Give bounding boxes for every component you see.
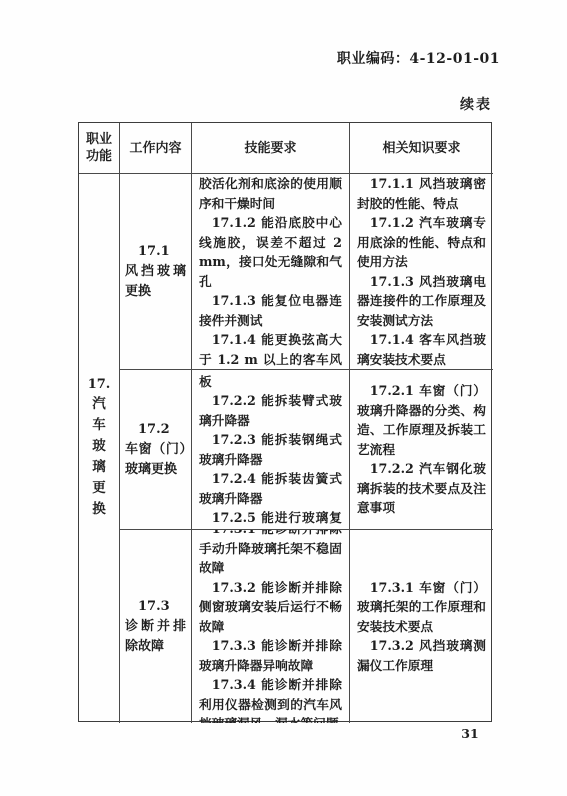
knowledge-item: 17.2.1 车窗（门）玻璃升降器的分类、构造、工作原理及拆装工艺流程 xyxy=(357,381,486,459)
skill-item: 17.1.1 能掌握聚氨酯胶活化剂和底涂的使用顺序和干燥时间 xyxy=(199,173,342,213)
skill-item: 17.3.2 能诊断并排除侧窗玻璃安装后运行不畅故障 xyxy=(199,578,342,637)
header-skill-requirements: 技能要求 xyxy=(191,123,349,173)
skill-item: 17.2.3 能拆装钢绳式玻璃升降器 xyxy=(199,430,342,469)
occupation-code: 职业编码：4-12-01-01 xyxy=(0,48,500,68)
knowledge-cell-17-1: 17.1.1 风挡玻璃密封胶的性能、特点 17.1.2 汽车玻璃专用底涂的性能、… xyxy=(349,173,493,369)
knowledge-cell-17-3: 17.3.1 车窗（门）玻璃托架的工作原理和安装技术要点 17.3.2 风挡玻璃… xyxy=(349,529,493,723)
work-content-cell-17-3: 17.3 诊断并排除故障 xyxy=(119,529,191,723)
work-content-17-1: 17.1 风挡玻璃更换 xyxy=(125,242,186,302)
skill-item: 17.2.5 能进行玻璃复位 xyxy=(199,508,342,529)
knowledge-item: 17.3.2 风挡玻璃测漏仪工作原理 xyxy=(357,636,486,675)
skill-item: 17.2.4 能拆装齿簧式玻璃升降器 xyxy=(199,469,342,508)
work-content-cell-17-1: 17.1 风挡玻璃更换 xyxy=(119,173,191,369)
requirements-table: 职业功能 工作内容 技能要求 相关知识要求 17. 汽车玻璃更换 17.1 风挡… xyxy=(78,122,492,722)
knowledge-item: 17.2.2 汽车钢化玻璃拆装的技术要点及注意事项 xyxy=(357,459,486,518)
skill-item: 17.3.1 能诊断并排除手动升降玻璃托架不稳固故障 xyxy=(199,529,342,578)
continued-table-label: 续表 xyxy=(0,94,492,114)
skill-item: 17.3.3 能诊断并排除玻璃升降器异响故障 xyxy=(199,636,342,675)
knowledge-item: 17.3.1 车窗（门）玻璃托架的工作原理和安装技术要点 xyxy=(357,578,486,637)
skill-item: 17.2.1 能拆装车门护板 xyxy=(199,369,342,391)
header-work-content: 工作内容 xyxy=(119,123,191,173)
work-content-cell-17-2: 17.2 车窗（门）玻璃更换 xyxy=(119,369,191,529)
skill-item: 17.2.2 能拆装臂式玻璃升降器 xyxy=(199,391,342,430)
knowledge-item: 17.1.4 客车风挡玻璃安装技术要点 xyxy=(357,330,486,369)
skill-item: 17.1.2 能沿底胶中心线施胶，误差不超过 2 mm，接口处无缝隙和气孔 xyxy=(199,213,342,291)
skill-item: 17.3.4 能诊断并排除利用仪器检测到的汽车风挡玻璃漏风、漏水等问题 xyxy=(199,675,342,723)
header-knowledge-requirements: 相关知识要求 xyxy=(349,123,493,173)
skill-item: 17.1.4 能更换弦高大于 1.2 m 以上的客车风挡玻璃 xyxy=(199,330,342,369)
knowledge-item: 17.1.3 风挡玻璃电器连接件的工作原理及安装测试方法 xyxy=(357,272,486,331)
skills-cell-17-3: 17.3.1 能诊断并排除手动升降玻璃托架不稳固故障 17.3.2 能诊断并排除… xyxy=(191,529,349,723)
header-occupational-function-label: 职业功能 xyxy=(85,131,114,165)
document-page: 职业编码：4-12-01-01 续表 职业功能 工作内容 技能要求 相关知识要求… xyxy=(0,0,567,796)
header-work-content-label: 工作内容 xyxy=(129,140,181,157)
work-content-17-3: 17.3 诊断并排除故障 xyxy=(125,597,186,657)
skills-cell-17-2: 17.2.1 能拆装车门护板 17.2.2 能拆装臂式玻璃升降器 17.2.3 … xyxy=(191,369,349,529)
knowledge-item: 17.1.1 风挡玻璃密封胶的性能、特点 xyxy=(357,174,486,213)
function-name-vertical: 汽车玻璃更换 xyxy=(92,394,106,520)
function-number: 17. xyxy=(88,377,111,392)
knowledge-item: 17.1.2 汽车玻璃专用底涂的性能、特点和使用方法 xyxy=(357,213,486,272)
page-number: 31 xyxy=(440,726,500,741)
skills-cell-17-1: 17.1.1 能掌握聚氨酯胶活化剂和底涂的使用顺序和干燥时间 17.1.2 能沿… xyxy=(191,173,349,369)
function-cell: 17. 汽车玻璃更换 xyxy=(79,173,119,723)
header-skill-requirements-label: 技能要求 xyxy=(244,140,296,157)
skill-item: 17.1.3 能复位电器连接件并测试 xyxy=(199,291,342,330)
header-occupational-function: 职业功能 xyxy=(79,123,119,173)
work-content-17-2: 17.2 车窗（门）玻璃更换 xyxy=(125,420,186,480)
knowledge-cell-17-2: 17.2.1 车窗（门）玻璃升降器的分类、构造、工作原理及拆装工艺流程 17.2… xyxy=(349,369,493,529)
header-knowledge-requirements-label: 相关知识要求 xyxy=(382,140,460,157)
